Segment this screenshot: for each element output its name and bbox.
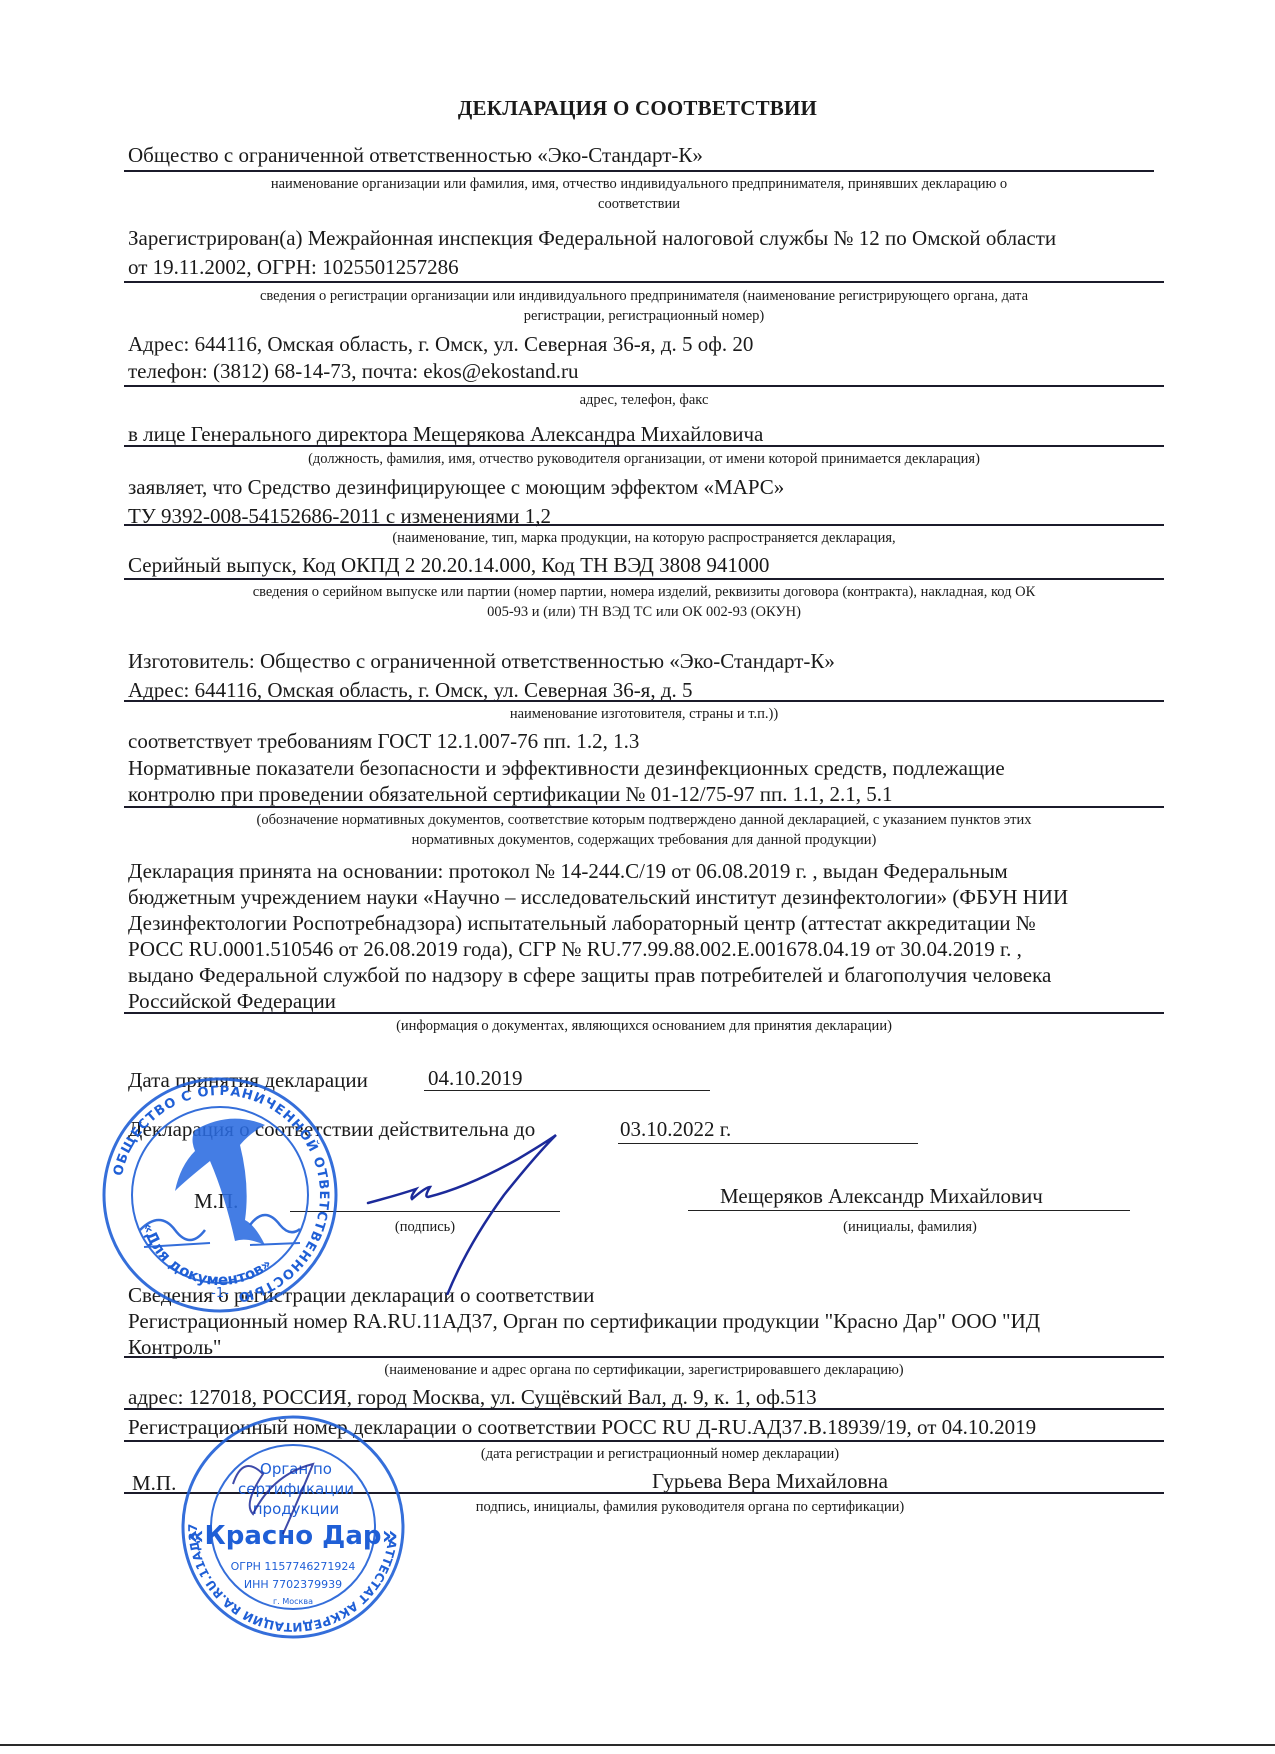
svg-text:ИНН 7702379939: ИНН 7702379939 — [244, 1578, 342, 1591]
applicant-name: Общество с ограниченной ответственностью… — [128, 142, 703, 168]
registration-body-rule — [124, 1356, 1164, 1358]
signer-caption: (инициалы, фамилия) — [760, 1217, 1060, 1237]
basis-line-6: Российской Федерации — [128, 988, 336, 1014]
product-serial: Серийный выпуск, Код ОКПД 2 20.20.14.000… — [128, 552, 769, 578]
compliance-rule — [124, 806, 1164, 808]
applicant-contacts-caption: адрес, телефон, факс — [124, 390, 1164, 410]
basis-line-4: РОСС RU.0001.510546 от 26.08.2019 года),… — [128, 936, 1022, 962]
product-line-1: заявляет, что Средство дезинфицирующее с… — [128, 474, 784, 500]
svg-text:сертификации: сертификации — [238, 1480, 354, 1498]
basis-caption: (информация о документах, являющихся осн… — [124, 1016, 1164, 1036]
registration-number-caption: (дата регистрации и регистрационный номе… — [420, 1444, 900, 1464]
registration-address-rule — [124, 1408, 1164, 1410]
manufacturer-name: Изготовитель: Общество с ограниченной от… — [128, 648, 835, 674]
compliance-line-3: контролю при проведении обязательной сер… — [128, 781, 893, 807]
basis-line-2: бюджетным учреждением науки «Научно – ис… — [128, 884, 1068, 910]
page-bottom-edge — [0, 1744, 1275, 1746]
applicant-registration-rule — [124, 281, 1164, 283]
document-title: ДЕКЛАРАЦИЯ О СООТВЕТСТВИИ — [0, 96, 1275, 121]
manufacturer-rule — [124, 700, 1164, 702]
basis-line-1: Декларация принята на основании: протоко… — [128, 858, 1008, 884]
svg-text:ОГРН 1157746271924: ОГРН 1157746271924 — [231, 1560, 356, 1573]
applicant-registration-line-1: Зарегистрирован(а) Межрайонная инспекция… — [128, 225, 1056, 251]
signature-scribble-icon — [360, 1115, 600, 1295]
applicant-contacts: телефон: (3812) 68-14-73, почта: ekos@ek… — [128, 358, 579, 384]
certification-head-caption: подпись, инициалы, фамилия руководителя … — [410, 1497, 970, 1517]
accepted-date-value: 04.10.2019 — [428, 1065, 523, 1091]
applicant-name-rule — [124, 170, 1154, 172]
basis-line-3: Дезинфектологии Роспотребнадзора) испыта… — [128, 910, 1036, 936]
applicant-registration-line-2: от 19.11.2002, ОГРН: 1025501257286 — [128, 254, 459, 280]
applicant-contacts-rule — [124, 385, 1164, 387]
product-caption: (наименование, тип, марка продукции, на … — [124, 528, 1164, 548]
product-serial-caption: сведения о серийном выпуске или партии (… — [124, 582, 1164, 622]
valid-until-rule — [618, 1143, 918, 1144]
applicant-representative-caption: (должность, фамилия, имя, отчество руков… — [124, 449, 1164, 469]
certification-body-stamp-icon: АТТЕСТАТ АККРЕДИТАЦИИ RA.RU.11АД37 Орган… — [178, 1412, 408, 1642]
company-stamp-icon: ОБЩЕСТВО С ОГРАНИЧЕННОЙ ОТВЕТСТВЕННОСТЬЮ… — [100, 1075, 340, 1315]
compliance-line-2: Нормативные показатели безопасности и эф… — [128, 755, 1005, 781]
signer-name: Мещеряков Александр Михайлович — [720, 1183, 1043, 1209]
applicant-name-caption: наименование организации или фамилия, им… — [124, 174, 1154, 214]
basis-line-5: выдано Федеральной службой по надзору в … — [128, 962, 1051, 988]
valid-until-value: 03.10.2022 г. — [620, 1116, 731, 1142]
svg-text:г. Москва: г. Москва — [273, 1597, 313, 1606]
manufacturer-caption: наименование изготовителя, страны и т.п.… — [124, 704, 1164, 724]
declaration-page: ДЕКЛАРАЦИЯ О СООТВЕТСТВИИ Общество с огр… — [0, 0, 1275, 1754]
applicant-registration-caption: сведения о регистрации организации или и… — [124, 286, 1164, 326]
certification-head-name: Гурьева Вера Михайловна — [652, 1468, 888, 1494]
registration-body-caption: (наименование и адрес органа по сертифик… — [124, 1360, 1164, 1380]
applicant-representative: в лице Генерального директора Мещерякова… — [128, 421, 763, 447]
svg-text:«Красно Дар»: «Красно Дар» — [188, 1521, 399, 1551]
registration-address: адрес: 127018, РОССИЯ, город Москва, ул.… — [128, 1384, 817, 1410]
signer-name-rule — [688, 1210, 1130, 1211]
product-serial-rule — [124, 578, 1164, 580]
product-rule — [124, 524, 1164, 526]
compliance-line-1: соответствует требованиям ГОСТ 12.1.007-… — [128, 728, 639, 754]
compliance-caption: (обозначение нормативных документов, соо… — [124, 810, 1164, 850]
applicant-representative-rule — [124, 445, 1164, 447]
basis-rule — [124, 1012, 1164, 1014]
accepted-date-rule — [424, 1090, 710, 1091]
applicant-address: Адрес: 644116, Омская область, г. Омск, … — [128, 331, 753, 357]
svg-text:-1-: -1- — [211, 1286, 229, 1301]
